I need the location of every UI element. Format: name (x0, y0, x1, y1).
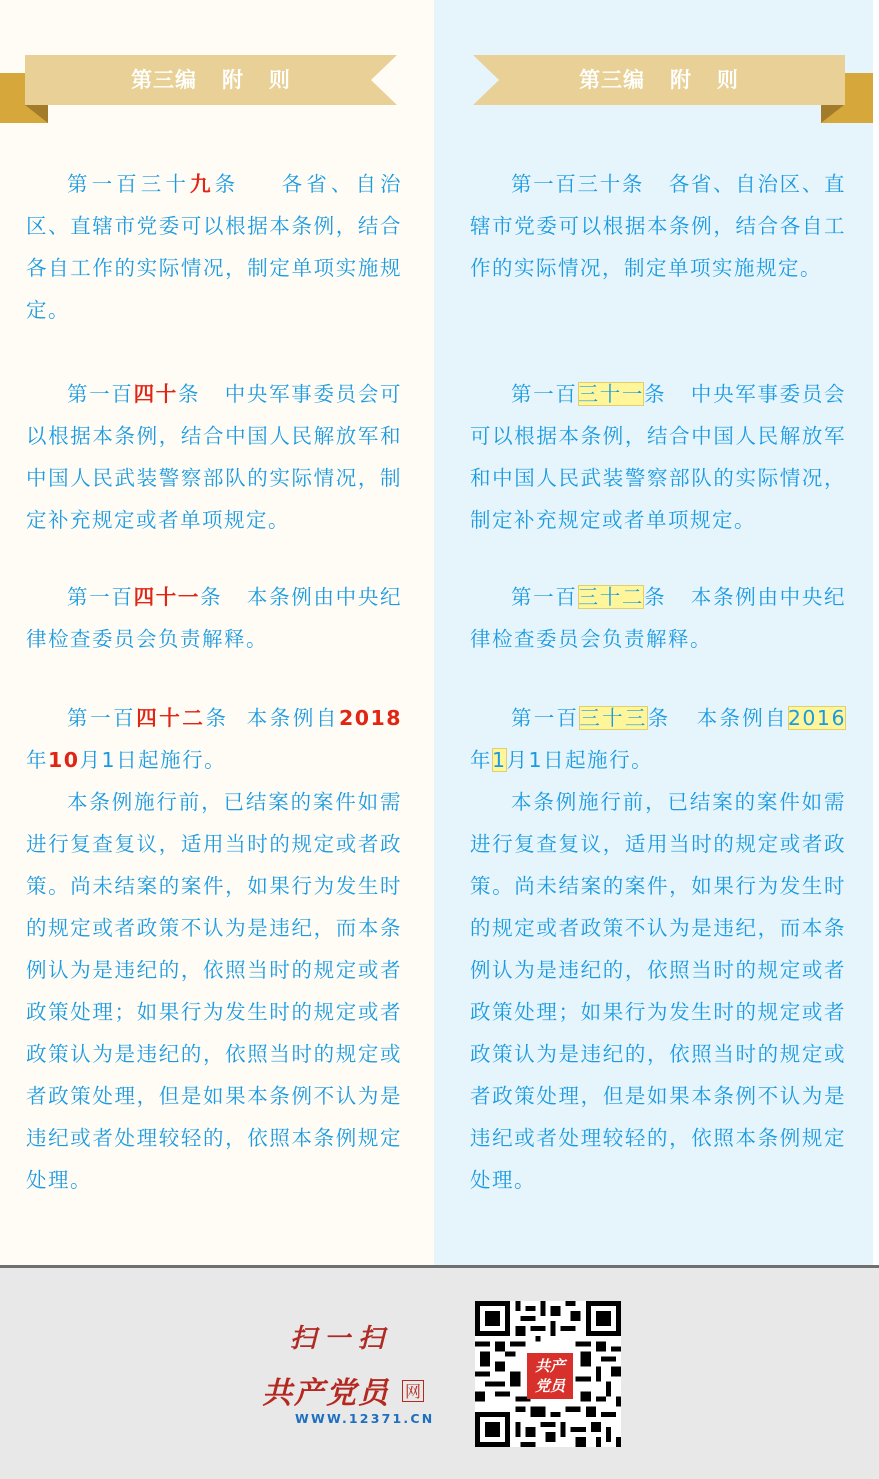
qr-code[interactable]: 共产 党员 (475, 1301, 621, 1447)
article-number: 第一百四十二条 (67, 706, 229, 730)
effective-year: 2018 (339, 706, 402, 730)
article-132: 第一百三十二条 本条例由中央纪律检查委员会负责解释。 (470, 576, 846, 660)
article-paragraph: 本条例施行前，已结案的案件如需进行复查复议，适用当时的规定或者政策。尚未结案的案… (26, 781, 402, 1201)
left-column-2018: 第三编 附 则 第一百三十九条 各省、自治区、直辖市党委可以根据本条例，结合各自… (0, 0, 434, 1265)
scan-label: 扫一扫 (290, 1318, 392, 1355)
brand-net-icon: 网 (402, 1380, 424, 1402)
highlighted-number: 三十二 (578, 585, 645, 609)
article-130: 第一百三十条 各省、自治区、直辖市党委可以根据本条例，结合各自工作的实际情况，制… (470, 163, 846, 289)
article-141: 第一百四十一条 本条例由中央纪律检查委员会负责解释。 (26, 576, 402, 660)
article-number: 第一百三十九条 (67, 172, 239, 196)
article-142: 第一百四十二条 本条例自2018年10月1日起施行。 本条例施行前，已结案的案件… (26, 697, 402, 1201)
article-131: 第一百三十一条 中央军事委员会可以根据本条例，结合中国人民解放军和中国人民武装警… (470, 373, 846, 541)
section-title: 第三编 附 则 (473, 55, 845, 105)
article-number: 第一百三十二条 (511, 585, 666, 609)
changed-number: 九 (190, 172, 215, 196)
article-133: 第一百三十三条 本条例自2016年1月1日起施行。 本条例施行前，已结案的案件如… (470, 697, 846, 1201)
qr-center-logo: 共产 党员 (527, 1353, 573, 1399)
changed-number: 四十 (134, 382, 178, 406)
section-title: 第三编 附 则 (25, 55, 397, 105)
article-number: 第一百三十一条 (511, 382, 666, 406)
changed-number: 四十一 (134, 585, 201, 609)
effective-year: 2016 (788, 706, 846, 730)
article-140: 第一百四十条 中央军事委员会可以根据本条例，结合中国人民解放军和中国人民武装警察… (26, 373, 402, 541)
effective-month: 10 (48, 748, 80, 772)
highlighted-number: 三十一 (578, 382, 645, 406)
brand-url[interactable]: WWW.12371.CN (295, 1411, 434, 1426)
effective-month: 1 (492, 748, 507, 772)
article-number: 第一百四十条 (67, 382, 200, 406)
article-number: 第一百四十一条 (67, 585, 222, 609)
right-column-2016: 第三编 附 则 第一百三十条 各省、自治区、直辖市党委可以根据本条例，结合各自工… (434, 0, 873, 1265)
article-number: 第一百三十条 (511, 172, 644, 196)
article-number: 第一百三十三条 (511, 706, 670, 730)
highlighted-number: 三十三 (579, 706, 647, 730)
changed-number: 四十二 (136, 706, 205, 730)
brand-logo-text: 共产党员 (262, 1368, 390, 1412)
article-139: 第一百三十九条 各省、自治区、直辖市党委可以根据本条例，结合各自工作的实际情况，… (26, 163, 402, 331)
footer: 扫一扫 共产党员 网 WWW.12371.CN (0, 1265, 879, 1479)
article-paragraph: 本条例施行前，已结案的案件如需进行复查复议，适用当时的规定或者政策。尚未结案的案… (470, 781, 846, 1201)
